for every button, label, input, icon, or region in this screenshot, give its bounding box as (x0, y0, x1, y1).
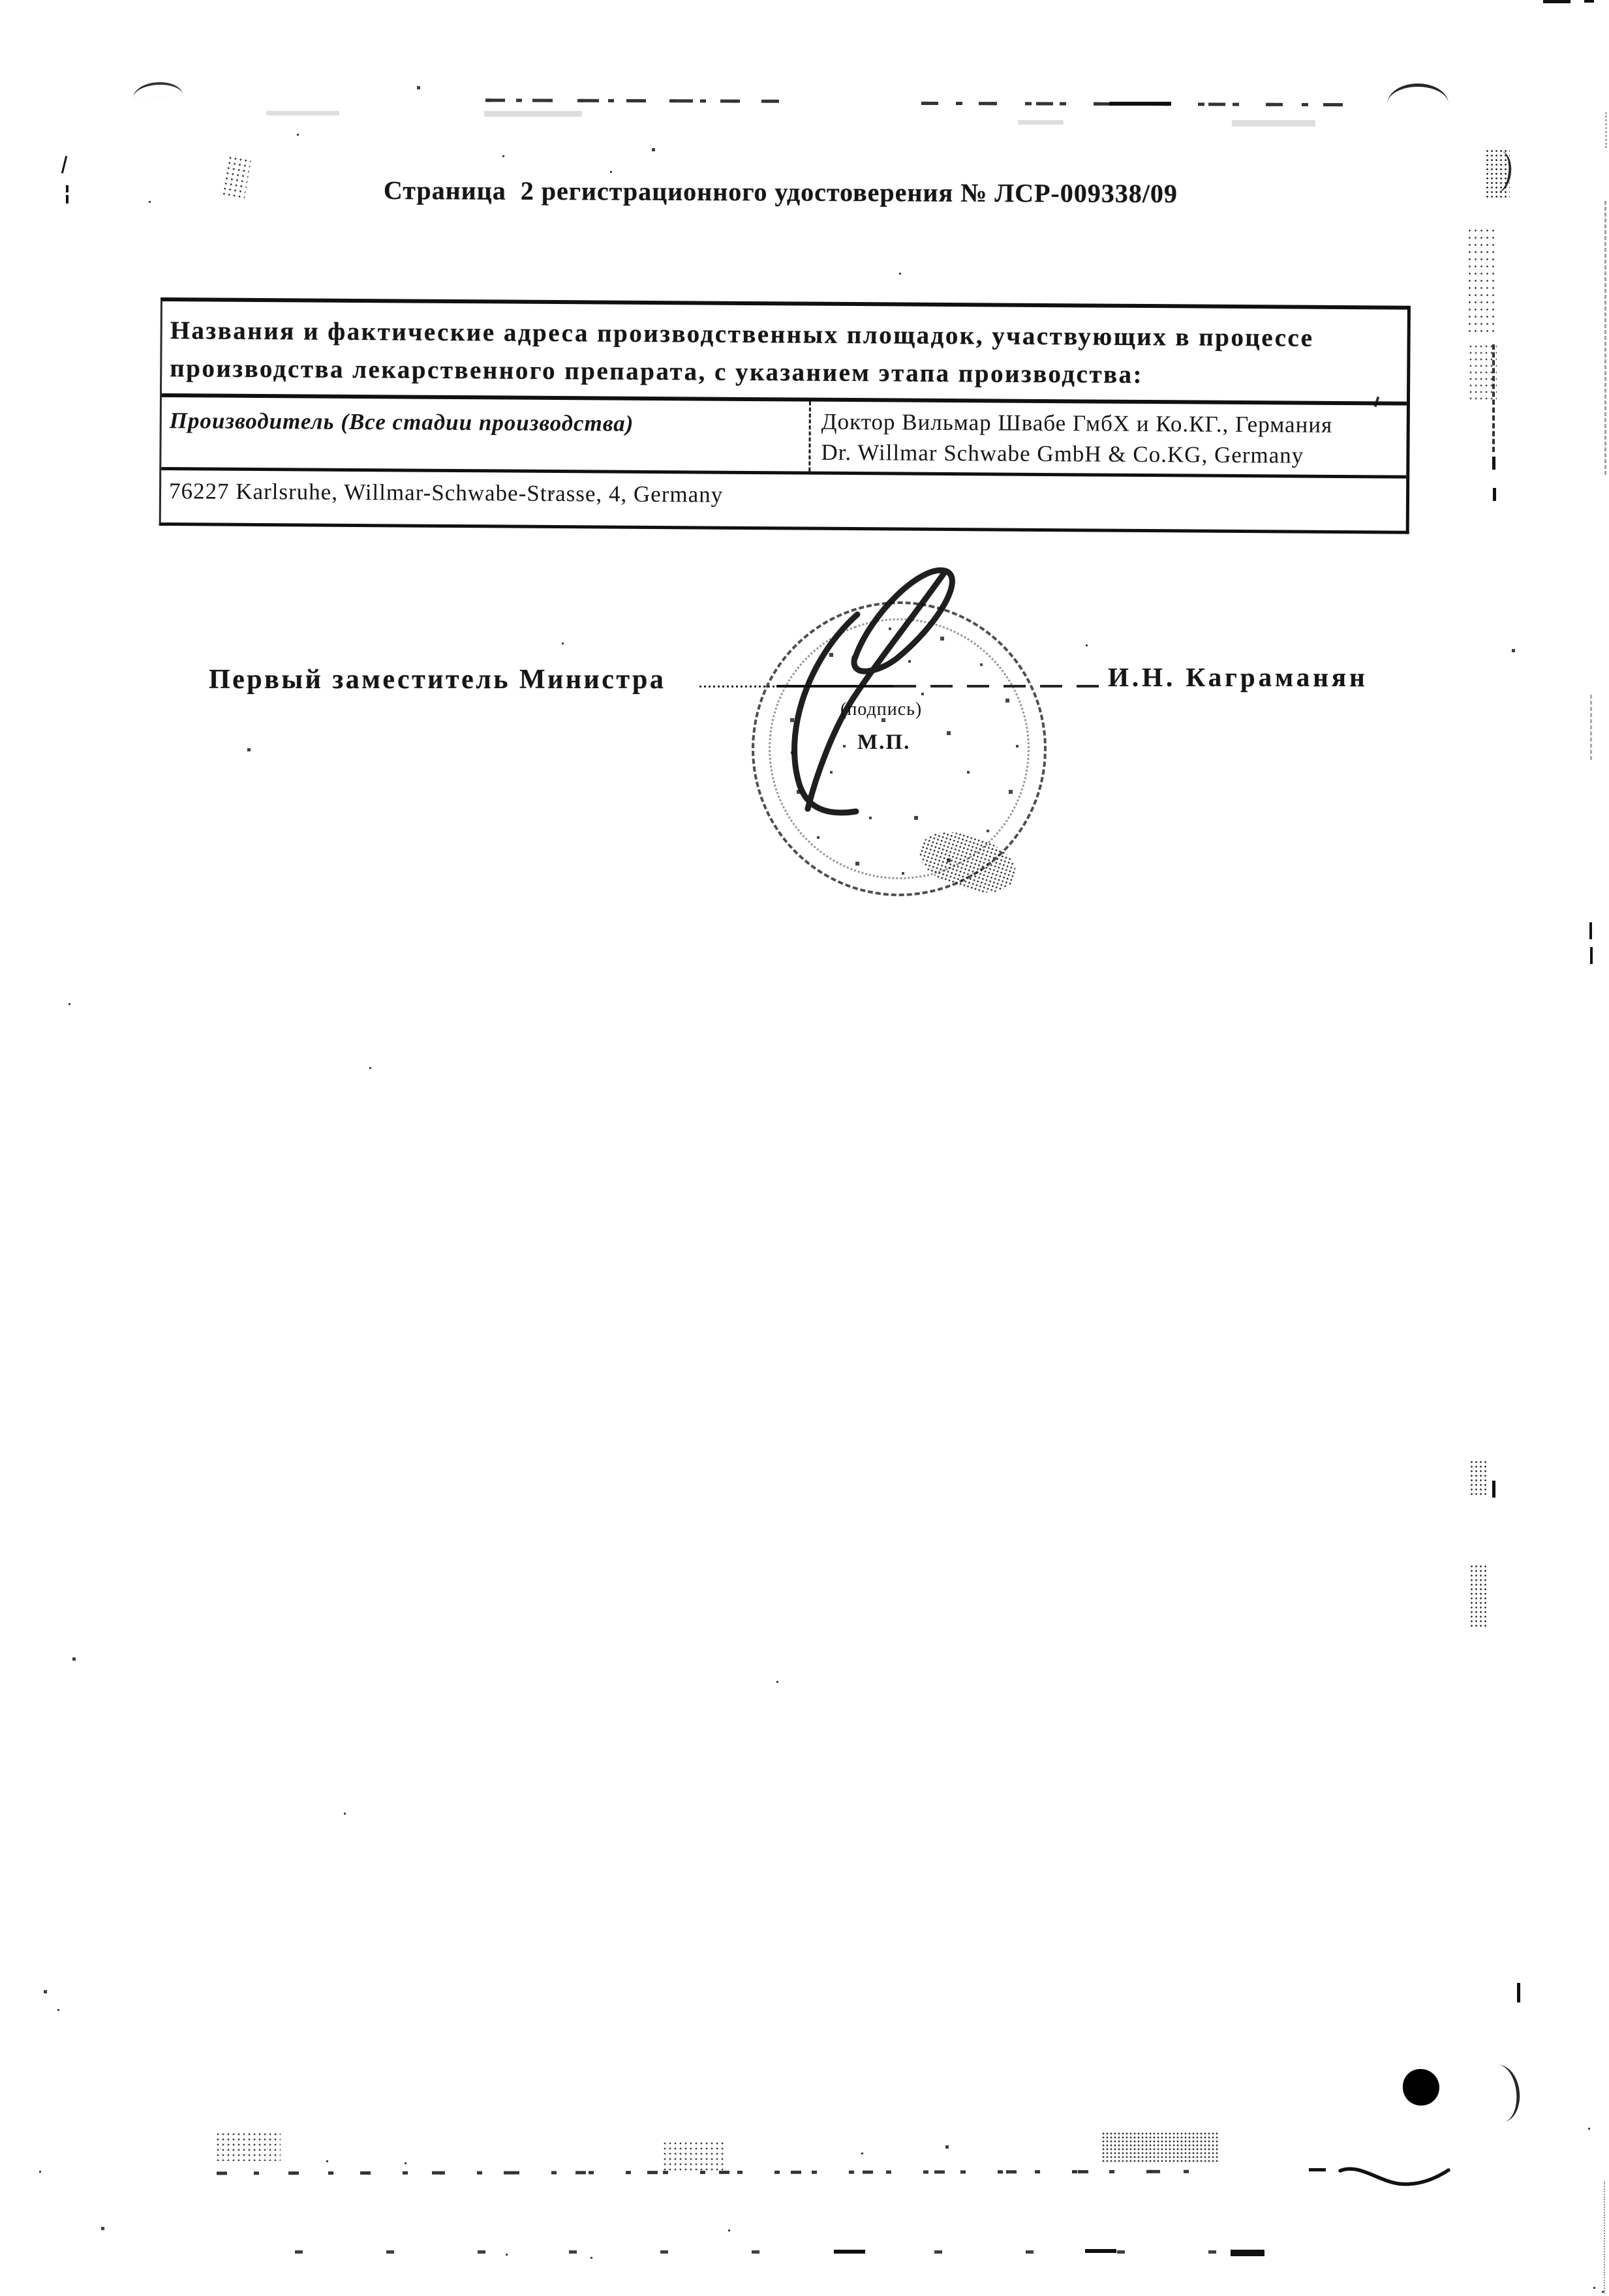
signer-title: Первый заместитель Министра (209, 664, 666, 695)
producer-address-cell: 76227 Karlsruhe, Willmar-Schwabe-Strasse… (161, 470, 1406, 531)
scan-noise-wavy-line (1338, 2160, 1452, 2190)
scan-noise-specks (0, 0, 2, 2)
scan-noise-vertical-dash (1604, 201, 1606, 475)
scan-bleedthrough (266, 111, 339, 115)
scan-noise-dotted-column (1469, 1460, 1488, 1498)
scan-bleedthrough (1018, 120, 1064, 125)
producer-value-cell: Доктор Вильмар Швабе ГмбХ и Ко.КГ., Герм… (808, 402, 1407, 476)
signer-name: И.Н. Каграманян (1108, 661, 1368, 693)
page-header: Страница 2 регистрационного удостоверени… (384, 175, 1178, 209)
handwritten-signature (736, 560, 1062, 899)
scan-edge-mark (1584, 0, 1594, 3)
scan-noise-bracket (1486, 2063, 1523, 2123)
scan-noise-vertical-dash (1605, 112, 1607, 148)
scan-noise-arc-top-right (1387, 83, 1448, 106)
scan-noise-dotted-column (1467, 227, 1498, 337)
producer-label-cell: Производитель (Все стадии производства) (161, 397, 809, 472)
scan-bleedthrough (484, 111, 582, 117)
scan-noise-tick (66, 195, 69, 204)
scan-noise-speckle-cluster (215, 2132, 281, 2161)
scan-bleedthrough (1232, 120, 1315, 127)
scan-noise-vertical-dash (1492, 344, 1495, 452)
scan-noise-bars (1589, 922, 1592, 939)
scan-noise-dashed-row (217, 2170, 1212, 2175)
scan-noise-speckle-cluster (662, 2141, 724, 2173)
scan-noise-dash (834, 2250, 865, 2254)
scan-noise-tick (66, 185, 69, 192)
scan-noise-dash (1309, 2168, 1326, 2171)
scan-noise-vertical-dash (1604, 2181, 1605, 2293)
scanned-certificate-page: Страница 2 регистрационного удостоверени… (0, 0, 1609, 2296)
table-caption: Названия и фактические адреса производст… (162, 301, 1407, 406)
scan-noise-dashes-top-left (485, 98, 779, 103)
producer-value-en: Dr. Willmar Schwabe GmbH & Co.KG, German… (821, 438, 1401, 472)
scan-noise-curl (1494, 151, 1514, 194)
producer-value-ru: Доктор Вильмар Швабе ГмбХ и Ко.КГ., Герм… (821, 407, 1402, 441)
scan-noise-bars (1492, 457, 1495, 470)
scan-noise-dash (1109, 102, 1171, 106)
scan-edge-mark (1543, 0, 1571, 3)
scan-noise-dashed-row (295, 2250, 1274, 2254)
scan-noise-arc-top-left (132, 81, 183, 98)
black-dot-artifact (1403, 2069, 1439, 2106)
scan-noise-bars (1517, 1983, 1520, 2002)
scan-noise-vertical-dash (1590, 695, 1592, 760)
scan-noise-slash (61, 156, 67, 174)
scan-noise-bars (1492, 1481, 1495, 1498)
scan-noise-dotted-column (1469, 1564, 1488, 1629)
scan-noise-speckle-cluster (221, 155, 252, 200)
production-sites-table: Названия и фактические адреса производст… (159, 297, 1411, 534)
scan-noise-speckle-cluster (1101, 2132, 1219, 2163)
producer-row: Производитель (Все стадии производства) … (161, 397, 1407, 479)
